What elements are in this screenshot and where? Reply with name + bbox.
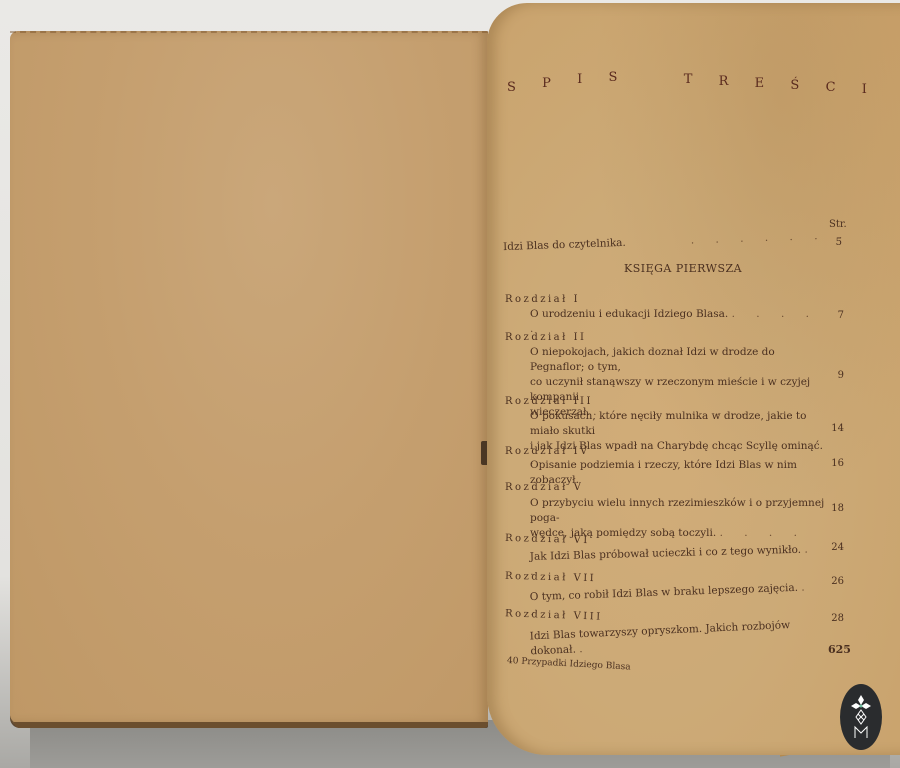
left-page-edge <box>14 722 488 728</box>
chapter-label: Rozdział IV <box>505 446 590 457</box>
chapter-label: Rozdział VII <box>505 571 596 584</box>
title-letter: C <box>826 80 836 97</box>
section-heading: KSIĘGA PIERWSZA <box>624 262 742 275</box>
title-letter: Ś <box>790 78 799 97</box>
title-letter: T <box>684 72 693 97</box>
page-number: 625 <box>828 643 851 656</box>
chapter-label: Rozdział VI <box>505 533 590 546</box>
chapter-page: 7 <box>824 310 844 321</box>
title-letter: E <box>755 76 765 97</box>
chapter-page: 14 <box>824 423 844 434</box>
title-letter: S <box>507 80 516 97</box>
title-letter: S <box>609 70 618 97</box>
chapter-label: Rozdział II <box>505 332 586 343</box>
chapter-label: Rozdział I <box>505 294 580 305</box>
chapter-label: Rozdział III <box>505 396 593 407</box>
chapter-page: 28 <box>824 613 844 624</box>
chapter-page: 9 <box>824 370 844 381</box>
chapter-page: 24 <box>824 542 844 553</box>
title-letter: I <box>862 82 867 97</box>
intro-page: 5 <box>822 237 842 248</box>
chapter-page: 16 <box>824 458 844 469</box>
chapter-page: 26 <box>824 576 844 587</box>
chapter-page: 18 <box>824 503 844 514</box>
title-letter: I <box>577 72 582 97</box>
title-letter: P <box>542 76 551 97</box>
left-page-blank <box>10 31 488 724</box>
toc-title: S P I S T R E Ś C I <box>507 70 867 97</box>
ornamental-monogram-icon <box>846 691 876 743</box>
title-letter: R <box>719 74 729 97</box>
watermark-logo <box>840 684 882 750</box>
chapter-label: Rozdział V <box>505 482 583 493</box>
